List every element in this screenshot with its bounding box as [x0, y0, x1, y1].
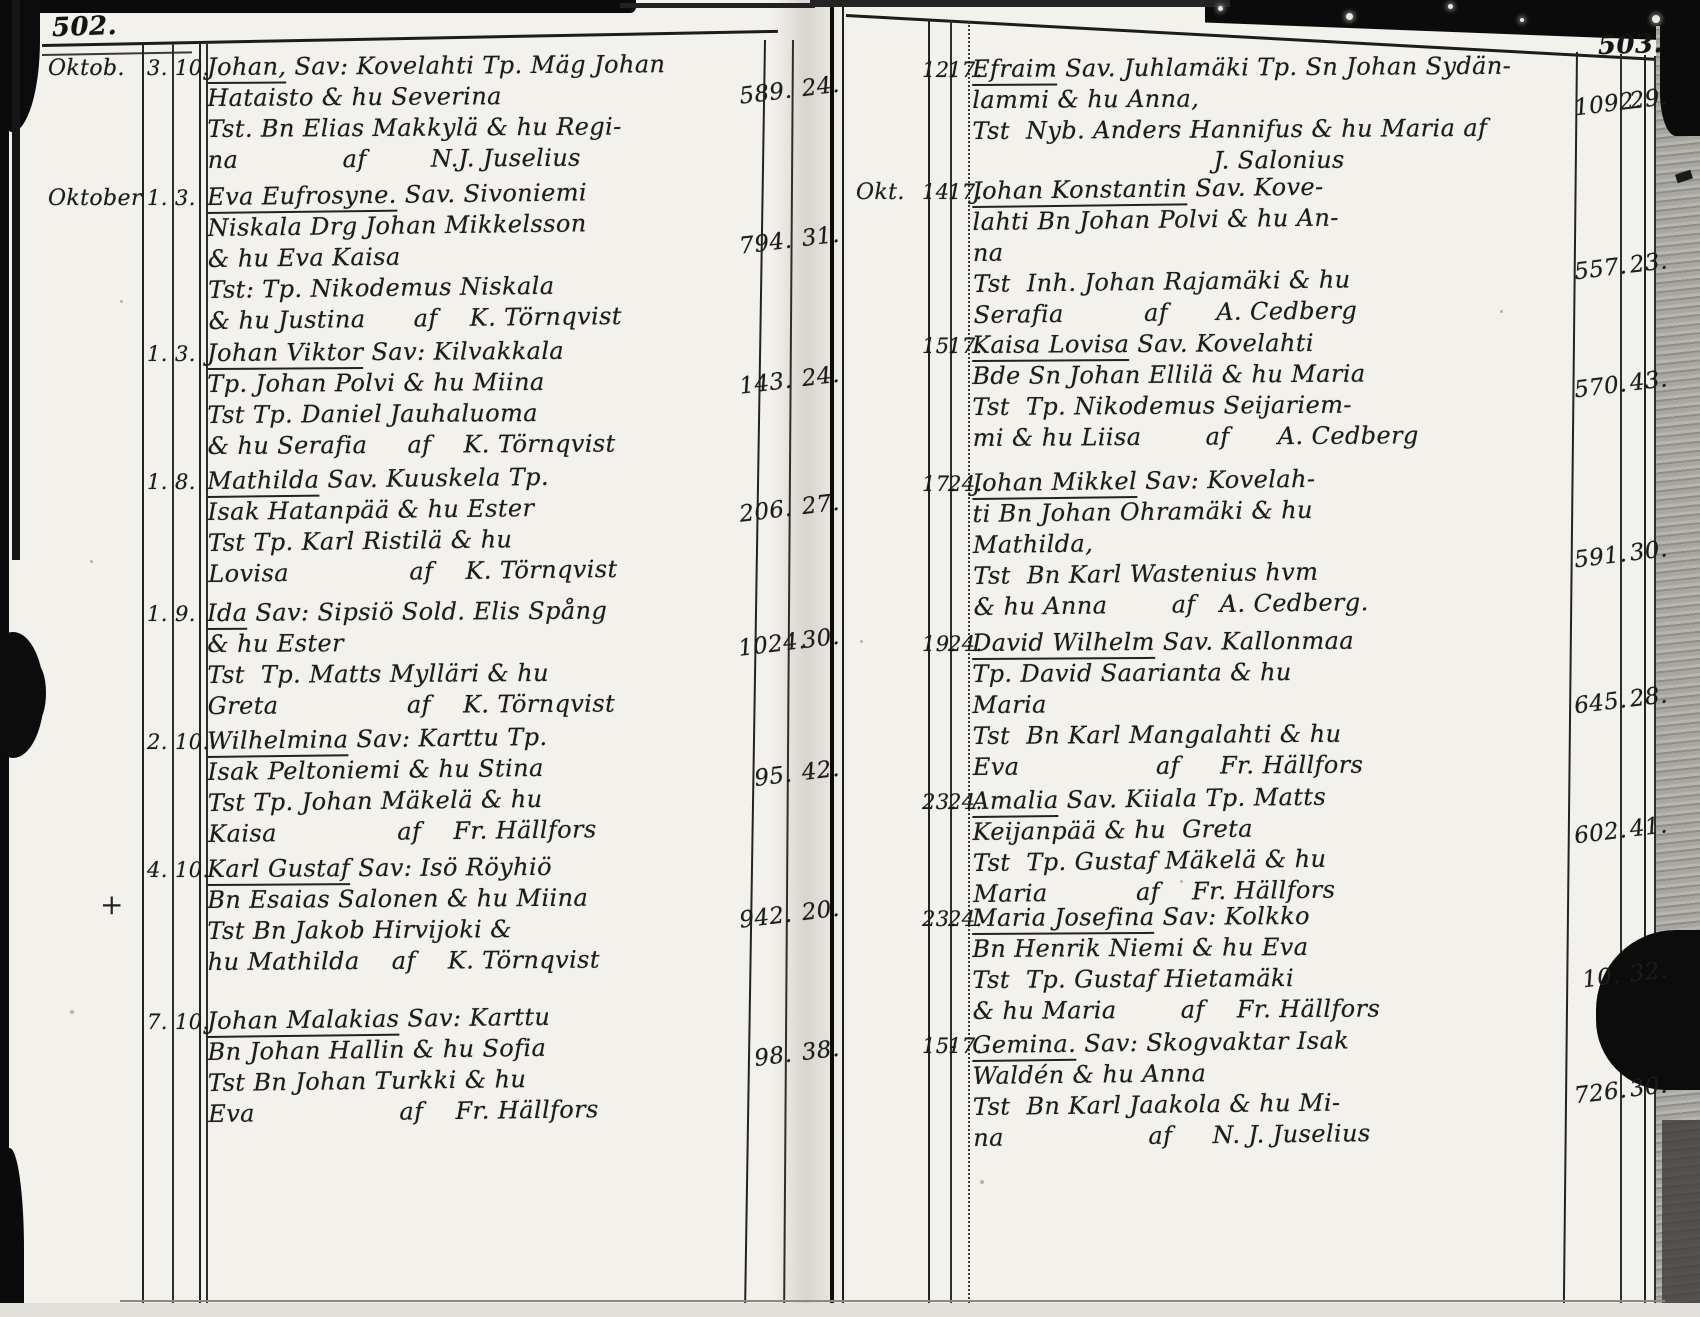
entry-line: & hu Anna af A. Cedberg.: [974, 585, 1560, 623]
entry-line: Eva af Fr. Hällfors: [973, 748, 1559, 783]
child-name: David Wilhelm: [972, 628, 1155, 660]
entry-line: Maria: [972, 686, 1558, 721]
entry-text: Johan Mikkel Sav: Kovelah- ti Bn Johan O…: [972, 461, 1560, 623]
entry-references: 591.30.: [1573, 537, 1665, 574]
entry-line: mi & hu Liisa af A. Cedberg: [973, 419, 1559, 454]
entry-text: Gemina. Sav: Skogvaktar Isak Waldén & hu…: [972, 1023, 1559, 1154]
ref-number-2: 43.: [1628, 367, 1665, 397]
entry-references: 645.28.: [1573, 683, 1665, 720]
child-name: Efraim: [972, 54, 1057, 86]
entry-line: Bn Henrik Niemi & hu Eva: [972, 930, 1558, 965]
entry-line: Tst Nyb. Anders Hannifus & hu Maria af: [972, 112, 1558, 147]
ref-number-1: 557.: [1573, 254, 1622, 285]
child-name: Kaisa Lovisa: [972, 330, 1129, 362]
ref-number-2: 23.: [1628, 249, 1665, 279]
entry-references: 602.41.: [1573, 813, 1665, 850]
entry-line: Serafia af A. Cedberg: [974, 293, 1560, 331]
ref-number-2: 30.: [1628, 1073, 1665, 1103]
entry-line: Tst Tp. Nikodemus Seijariem-: [972, 388, 1558, 423]
child-name: Amalia: [972, 786, 1059, 818]
entry-first-line: Kaisa Lovisa Sav. Kovelahti: [972, 326, 1558, 361]
right-page-number: 503.: [1597, 29, 1663, 61]
ref-number-1: 570.: [1573, 372, 1622, 403]
entry-head: Sav. Kovelahti: [1129, 329, 1314, 358]
entry-line: Bde Sn Johan Ellilä & hu Maria: [972, 357, 1558, 392]
entry-text: Maria Josefina Sav: Kolkko Bn Henrik Nie…: [972, 899, 1559, 1027]
entry-references: 557.23.: [1573, 249, 1665, 286]
entry-references: 1092.29.: [1573, 85, 1665, 122]
entry-references: 726.30.: [1573, 1073, 1665, 1110]
entry-line: & hu Maria af Fr. Hällfors: [973, 992, 1559, 1027]
entry-text: Amalia Sav. Kiiala Tp. Matts Keijanpää &…: [972, 779, 1559, 910]
entry-head: Sav: Kovelah-: [1137, 465, 1316, 495]
entry-references: 570.43.: [1573, 367, 1665, 404]
entry-line: lammi & hu Anna,: [972, 81, 1558, 116]
ref-number-2: 30.: [1628, 537, 1665, 567]
entry-line: Tst Tp. Gustaf Hietamäki: [972, 961, 1558, 996]
entry-month-label: Okt.: [856, 180, 905, 205]
ref-number-2: 41.: [1628, 813, 1665, 843]
child-name: Gemina.: [972, 1030, 1076, 1062]
entry-text: Kaisa Lovisa Sav. Kovelahti Bde Sn Johan…: [972, 326, 1559, 454]
ref-number-1: 602.: [1573, 818, 1622, 849]
entry-references: 10.32.: [1573, 958, 1665, 995]
child-name: Johan Konstantin: [972, 174, 1187, 208]
ref-number-1: 726.: [1573, 1078, 1622, 1109]
ref-number-1: 645.: [1573, 688, 1622, 719]
entry-text: David Wilhelm Sav. Kallonmaa Tp. David S…: [972, 624, 1559, 783]
child-name: Johan Mikkel: [972, 467, 1137, 500]
entry-text: Johan Konstantin Sav. Kove- lahti Bn Joh…: [972, 169, 1560, 331]
ref-number-2: 29.: [1628, 85, 1665, 115]
right-page: 503. 12. 17. Efraim Sav. Juhlamäki Tp. S…: [0, 0, 1700, 1317]
ref-number-1: 1092.: [1573, 90, 1622, 121]
entry-text: Efraim Sav. Juhlamäki Tp. Sn Johan Sydän…: [972, 50, 1559, 178]
ref-number-1: 10.: [1573, 963, 1622, 994]
entry-head: Sav. Kove-: [1187, 173, 1324, 203]
entry-first-line: David Wilhelm Sav. Kallonmaa: [972, 624, 1558, 659]
entry-head: Sav. Kallonmaa: [1155, 627, 1354, 656]
entry-first-line: Efraim Sav. Juhlamäki Tp. Sn Johan Sydän…: [972, 50, 1558, 85]
scanned-register-spread: 502. + Oktob. 3. 10. Johan, Sav: Kovelah…: [0, 0, 1700, 1317]
entry-head: Sav. Kiiala Tp. Matts: [1058, 783, 1326, 814]
entry-head: Sav: Kolkko: [1154, 902, 1310, 931]
ref-number-2: 28.: [1628, 683, 1665, 713]
child-name: Maria Josefina: [972, 903, 1155, 935]
ref-number-1: 591.: [1573, 542, 1622, 573]
entry-line: Tst Bn Karl Mangalahti & hu: [973, 717, 1559, 752]
entry-head: Sav. Juhlamäki Tp. Sn Johan Sydän-: [1057, 52, 1511, 83]
entry-line: na af N. J. Juselius: [973, 1116, 1559, 1154]
ref-number-2: 32.: [1628, 958, 1665, 988]
entry-first-line: Maria Josefina Sav: Kolkko: [972, 899, 1558, 934]
entry-head: Sav: Skogvaktar Isak: [1076, 1026, 1349, 1057]
entry-line: Tp. David Saarianta & hu: [972, 655, 1558, 690]
